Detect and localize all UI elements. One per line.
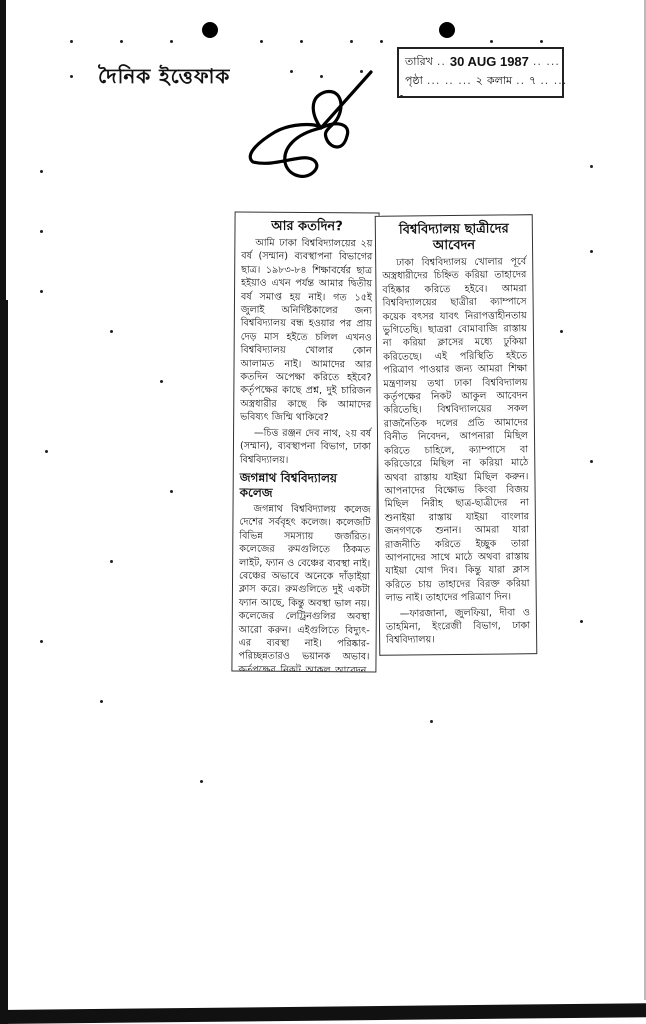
clipping-right-column: বিশ্ববিদ্যালয় ছাত্রীদের আবেদন ঢাকা বিশ্… [375, 214, 538, 656]
newspaper-name: দৈনিক ইত্তেফাক [98, 62, 230, 95]
clipping-left-column: আর কতদিন? আমি ঢাকা বিশ্ববিদ্যালয়ের ২য় … [231, 211, 379, 672]
clipping-headline: বিশ্ববিদ্যালয় ছাত্রীদের আবেদন [382, 221, 526, 255]
scanned-page: দৈনিক ইত্তেফাক তারিখ .. 30 AUG 1987 .. .… [0, 0, 646, 1024]
clipping-byline: —ফারজানা, জুলফিয়া, দীবা ও তাহমিনা, ইংরে… [386, 606, 530, 648]
stamp-page-value: ২ [476, 71, 483, 90]
date-stamp: তারিখ .. 30 AUG 1987 .. ... পৃষ্ঠা ... .… [397, 47, 564, 98]
clipping-byline: —চিত্ত রঞ্জন দেব নাথ, ২য় বর্ষ (সম্মান),… [240, 426, 371, 467]
stamp-column-label: কলাম [487, 71, 512, 90]
clipping-body: জগন্নাথ বিশ্ববিদ্যালয় কলেজ দেশের সর্ববৃ… [238, 502, 370, 672]
clipping-body: ঢাকা বিশ্ববিদ্যালয় খোলার পূর্বে অস্ত্রধ… [382, 255, 530, 605]
stamp-page-label: পৃষ্ঠা [405, 71, 423, 90]
stamp-date-value: 30 AUG 1987 [450, 52, 529, 71]
scan-edge-bottom [0, 1003, 646, 1024]
handwritten-number-mark: ৫৪ [245, 70, 375, 190]
punch-hole-right [439, 22, 455, 38]
clipping-body: আমি ঢাকা বিশ্ববিদ্যালয়ের ২য় বর্ষ (সম্ম… [240, 237, 372, 426]
stamp-date-row: তারিখ .. 30 AUG 1987 .. ... [405, 52, 556, 71]
clipping-headline: আর কতদিন? [241, 219, 372, 236]
scan-edge-left-shadow [4, 300, 8, 1024]
stamp-column-value: ৭ [529, 71, 536, 90]
clipping-headline: জগন্নাথ বিশ্ববিদ্যালয় কলেজ [240, 470, 371, 501]
stamp-date-label: তারিখ [405, 52, 433, 71]
stamp-page-row: পৃষ্ঠা ... .. ... ২ কলাম .. ৭ .. ... [405, 71, 556, 90]
punch-hole-left [202, 22, 218, 38]
